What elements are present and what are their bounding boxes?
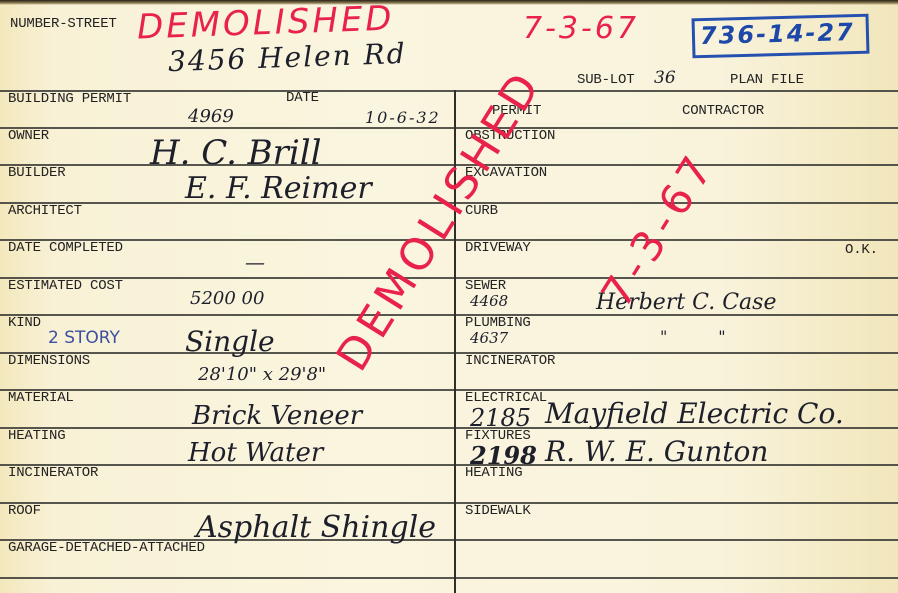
field-value: Asphalt Shingle — [196, 513, 436, 543]
contractor-name: Mayfield Electric Co. — [545, 400, 844, 428]
diagonal-demolished-date: 7-3-67 — [595, 145, 722, 314]
date-label: DATE — [286, 90, 319, 106]
permit-label-sidewalk: SIDEWALK — [465, 503, 531, 519]
contractor-name: R. W. E. Gunton — [545, 438, 768, 466]
field-label-architect: ARCHITECT — [8, 203, 82, 219]
number-street-label: NUMBER-STREET — [10, 16, 117, 32]
permit-number: 2185 — [470, 406, 531, 430]
field-label-builder: BUILDER — [8, 165, 65, 181]
field-value: Hot Water — [188, 440, 323, 466]
contractor-column-header: CONTRACTOR — [682, 103, 764, 119]
date-value: 10-6-32 — [365, 110, 441, 126]
field-label-estimated-cost: ESTIMATED COST — [8, 278, 123, 294]
form-rule — [0, 389, 898, 391]
permit-label-incinerator: INCINERATOR — [465, 353, 555, 369]
plan-file-label: PLAN FILE — [730, 72, 804, 88]
field-value: Single — [185, 328, 275, 356]
sub-lot-label: SUB-LOT — [577, 72, 634, 88]
permit-number: 4468 — [470, 294, 508, 309]
form-rule — [0, 127, 898, 129]
form-rule — [0, 277, 898, 279]
field-label-roof: ROOF — [8, 503, 41, 519]
form-rule — [0, 352, 898, 354]
field-value: Brick Veneer — [192, 403, 362, 429]
field-label-building-permit: BUILDING PERMIT — [8, 91, 131, 107]
field-label-kind: KIND — [8, 315, 41, 331]
field-label-date-completed: DATE COMPLETED — [8, 240, 123, 256]
field-value: 5200 00 — [190, 290, 264, 308]
property-record-card: NUMBER-STREET DEMOLISHED 3456 Helen Rd 7… — [0, 0, 898, 593]
form-rule — [0, 502, 898, 504]
kind-annotation: 2 STORY — [48, 330, 120, 347]
field-label-heating: HEATING — [8, 428, 65, 444]
address-value: 3456 Helen Rd — [168, 40, 407, 76]
field-label-dimensions: DIMENSIONS — [8, 353, 90, 369]
card-top-edge — [0, 0, 898, 5]
contractor-name: " " — [660, 329, 726, 345]
field-value: 28'10" x 29'8" — [198, 366, 326, 384]
parcel-number: 736-14-27 — [700, 20, 855, 48]
field-value: H. C. Brill — [150, 136, 322, 170]
field-value: — — [245, 252, 265, 272]
field-value: 4969 — [188, 108, 234, 126]
field-label-incinerator: INCINERATOR — [8, 465, 98, 481]
field-value: E. F. Reimer — [185, 174, 372, 204]
permit-number: 4637 — [470, 331, 508, 346]
form-rule — [0, 577, 898, 579]
field-label-owner: OWNER — [8, 128, 49, 144]
field-label-garage-detached-attached: GARAGE-DETACHED-ATTACHED — [8, 540, 205, 556]
permit-label-heating: HEATING — [465, 465, 522, 481]
sub-lot-value: 36 — [654, 70, 676, 87]
demolished-date: 7-3-67 — [523, 14, 639, 44]
field-label-material: MATERIAL — [8, 390, 74, 406]
permit-label-driveway: DRIVEWAY — [465, 240, 531, 256]
driveway-note: O.K. — [845, 242, 878, 258]
